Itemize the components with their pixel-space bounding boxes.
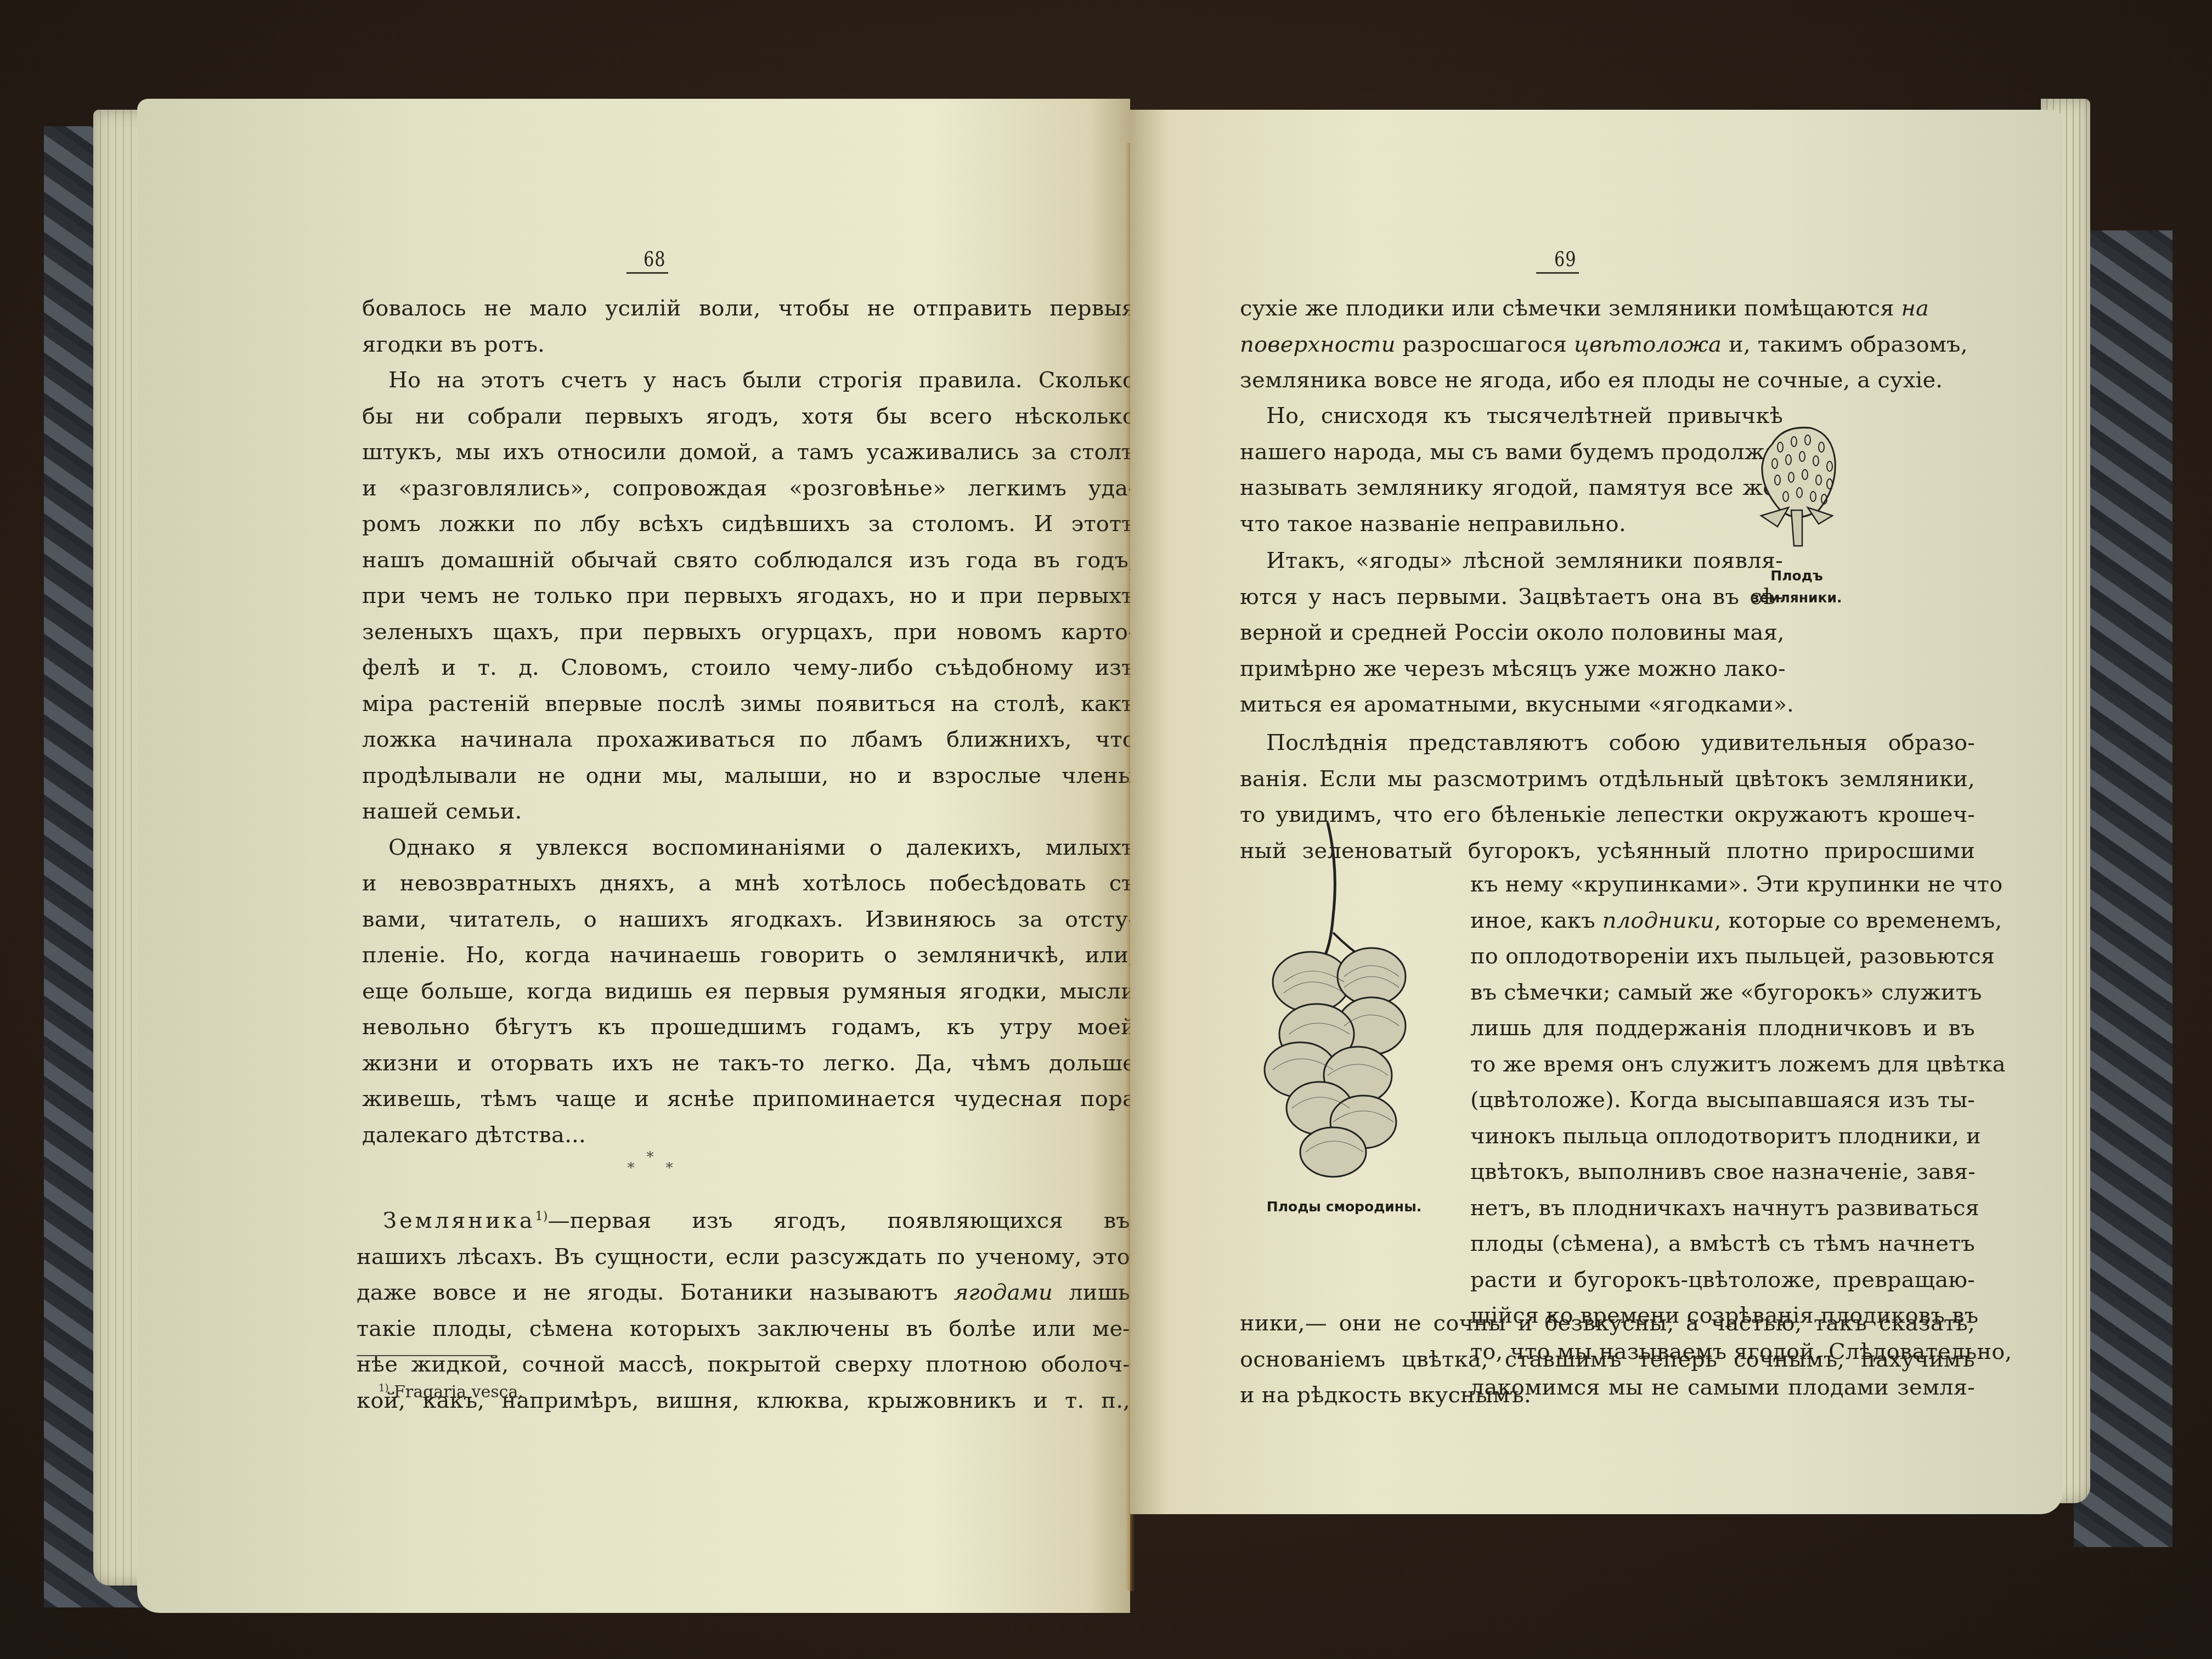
text-line: нашъ домашній обычай свято соблюдался из… [362,543,1136,579]
text-line: чинокъ пыльца оплодотворитъ плодники, и [1470,1119,1975,1155]
paragraph: бовалось не мало усилій воли, чтобы не о… [362,291,1136,363]
text-line: нашей семьи. [362,794,1136,830]
text-line: пленіе. Но, когда начинаешь говорить о з… [362,938,1136,974]
text-line: (цвѣтоложе). Когда высыпавшаяся изъ ты- [1470,1082,1975,1119]
text-line: Но на этотъ счетъ у насъ были строгія пр… [362,363,1136,399]
text-line: далекаго дѣтства... [362,1118,1136,1154]
text-line: бы ни собрали первыхъ ягодъ, хотя бы все… [362,399,1136,435]
paragraph-itak: Итакъ, «ягоды» лѣсной земляники появля-ю… [1240,543,1783,723]
section-heading-word: Земляника [383,1208,535,1233]
text-line: нашего народа, мы съ вами будемъ продолж… [1240,435,1783,471]
text-line: въ сѣмечки; самый же «бугорокъ» служитъ [1470,975,1975,1011]
paragraph: Однако я увлекся воспоминаніями о далеки… [362,830,1136,1154]
right-page: 69 сухіе же плодики или сѣмечки земляник… [1130,110,2063,1514]
text-run: въ сѣмечки; самый же «бугорокъ» служитъ [1470,980,1982,1005]
strawberry-illustration-icon [1756,422,1838,549]
text-run: къ нему «крупинками». Эти крупинки не чт… [1470,872,2003,897]
text-run: , которые со временемъ, [1714,908,2002,933]
text-line: называть землянику ягодой, памятуя все ж… [1240,470,1783,506]
footnote: 1) Fragaria vesca. [379,1383,523,1402]
text-run: расти и бугорокъ-цвѣтоложе, превращаю- [1470,1267,1975,1293]
text-line: живешь, тѣмъ чаще и яснѣе припоминается … [362,1081,1136,1118]
italic-term: плодники [1602,908,1714,933]
paragraph-end: ники,— они не сочны и безвкусны, а часть… [1240,1306,1975,1414]
text-line: такіе плоды, сѣмена которыхъ заключены в… [357,1311,1130,1347]
text-line: Однако я увлекся воспоминаніями о далеки… [362,830,1136,866]
text-line: и невозвратныхъ дняхъ, а мнѣ хотѣлось по… [362,866,1136,902]
text-line: Послѣднія представляютъ собою удивительн… [1240,725,1975,761]
text-run: и, такимъ образомъ, [1722,332,1968,357]
text-run: сухіе же плодики или сѣмечки земляники п… [1240,296,1901,321]
italic-term: ягодами [954,1280,1053,1305]
text-line: продѣлывали не одни мы, малыши, но и взр… [362,758,1136,794]
text-line: ромъ ложки по лбу всѣхъ сидѣвшихъ за сто… [362,506,1136,543]
paragraph: Но на этотъ счетъ у насъ были строгія пр… [362,363,1136,830]
text-line: и на рѣдкость вкуснымъ. [1240,1378,1975,1414]
text-line: ложка начинала прохаживаться по лбамъ бл… [362,722,1136,758]
text-line: плоды (сѣмена), а вмѣстѣ съ тѣмъ начнетъ [1470,1226,1975,1262]
text-line: вами, читатель, о нашихъ ягодкахъ. Извин… [362,902,1136,938]
page-number: 68 [644,247,665,271]
text-line: фелѣ и т. д. Словомъ, стоило чему-либо с… [362,650,1136,686]
text-line: нетъ, въ плодничкахъ начнутъ развиваться [1470,1190,1975,1227]
text-line: примѣрно же черезъ мѣсяцъ уже можно лако… [1240,651,1783,687]
text-run: —первая изъ ягодъ, появляющихся въ [548,1208,1130,1233]
text-line: Земляника1)—первая изъ ягодъ, появляющих… [357,1199,1130,1239]
italic-term: на [1901,296,1929,321]
text-line: ники,— они не сочны и безвкусны, а часть… [1240,1306,1975,1342]
footnote-text: Fragaria vesca. [394,1383,523,1402]
italic-term: цвѣтоложа [1574,332,1722,357]
text-line: лишь для поддержанія плодничковъ и въ [1470,1011,1975,1047]
text-line: штукъ, мы ихъ относили домой, а тамъ уса… [362,435,1136,471]
text-run: лишь для поддержанія плодничковъ и въ [1470,1015,1975,1041]
text-line: сухіе же плодики или сѣмечки земляники п… [1240,291,1810,327]
text-line: жизни и оторвать ихъ не такъ-то легко. Д… [362,1046,1136,1082]
footnote-marker: 1) [379,1383,388,1394]
left-body-text: бовалось не мало усилій воли, чтобы не о… [362,291,1136,1153]
text-line: по оплодотвореніи ихъ пыльцей, разовьютс… [1470,939,1975,975]
text-line: земляника вовсе не ягода, ибо ея плоды н… [1240,363,1810,399]
text-line: иное, какъ плодники, которые со временем… [1470,903,1975,939]
text-run: по оплодотвореніи ихъ пыльцей, разовьютс… [1470,944,1995,969]
text-line: нашихъ лѣсахъ. Въ сущности, если разсужд… [357,1239,1130,1276]
text-line: Но, снисходя къ тысячелѣтней привычкѣ [1240,398,1783,435]
text-line: міра растеній впервые послѣ зимы появить… [362,686,1136,723]
text-line: ванія. Если мы разсмотримъ отдѣльный цвѣ… [1240,761,1975,798]
text-line: миться ея ароматными, вкусными «ягодками… [1240,687,1783,723]
text-run: нетъ, въ плодничкахъ начнутъ развиваться [1470,1195,1979,1221]
text-line: Итакъ, «ягоды» лѣсной земляники появля- [1240,543,1783,579]
asterism-right: * [658,1160,680,1177]
asterism-left: * [620,1160,642,1177]
page-number: 69 [1554,247,1576,271]
text-run: цвѣтокъ, выполнивъ свое назначеніе, завя… [1470,1159,1976,1184]
paragraph-habit: Но, снисходя къ тысячелѣтней привычкѣнаш… [1240,398,1783,542]
text-line: что такое названіе неправильно. [1240,506,1783,543]
text-line: бовалось не мало усилій воли, чтобы не о… [362,291,1136,327]
text-run: даже вовсе и не ягоды. Ботаники называют… [357,1280,954,1305]
text-line: верной и средней Россіи около половины м… [1240,615,1783,651]
text-line: поверхности разросшагося цвѣтоложа и, та… [1240,327,1810,363]
text-line: основаніемъ цвѣтка, ставшимъ теперь сочн… [1240,1342,1975,1378]
text-line: еще больше, когда видишь ея первыя румян… [362,974,1136,1010]
currant-illustration-icon [1262,823,1410,1180]
text-run: (цвѣтоложе). Когда высыпавшаяся изъ ты- [1470,1087,1975,1113]
text-line: къ нему «крупинками». Эти крупинки не чт… [1470,867,1975,903]
text-line: ются у насъ первыми. Зацвѣтаетъ она въ с… [1240,579,1783,616]
text-run: земляника вовсе не ягода, ибо ея плоды н… [1240,368,1943,393]
text-run: разросшагося [1396,332,1574,357]
text-line: невольно бѣгутъ къ прошедшимъ годамъ, къ… [362,1009,1136,1046]
text-line: зеленыхъ щахъ, при первыхъ огурцахъ, при… [362,614,1136,651]
text-line: при чемъ не только при первыхъ ягодахъ, … [362,578,1136,614]
page-number-rule [1536,272,1579,274]
text-run: лишь [1053,1280,1130,1305]
text-line: цвѣтокъ, выполнивъ свое назначеніе, завя… [1470,1154,1975,1190]
text-run: чинокъ пыльца оплодотворитъ плодники, и [1470,1124,1981,1149]
page-number-rule [627,272,668,274]
footnote-marker: 1) [535,1210,548,1223]
left-page: 68 бовалось не мало усилій воли, чтобы н… [137,99,1130,1613]
text-line: ягодки въ ротъ. [362,327,1136,363]
text-run: то же время онъ служитъ ложемъ для цвѣтк… [1470,1052,2006,1077]
text-line: расти и бугорокъ-цвѣтоложе, превращаю- [1470,1262,1975,1299]
text-line: нѣе жидкой, сочной массѣ, покрытой сверх… [357,1347,1130,1383]
italic-term: поверхности [1240,332,1396,357]
text-line: и «разговлялись», сопровождая «розговѣнь… [362,471,1136,507]
currant-caption: Плоды смородины. [1262,1196,1426,1218]
text-run: иное, какъ [1470,908,1602,933]
text-line: то же время онъ служитъ ложемъ для цвѣтк… [1470,1047,1975,1083]
footnote-rule [357,1355,496,1356]
text-run: плоды (сѣмена), а вмѣстѣ съ тѣмъ начнетъ [1470,1231,1975,1256]
right-top-text: сухіе же плодики или сѣмечки земляники п… [1240,291,1810,399]
text-line: даже вовсе и не ягоды. Ботаники называют… [357,1275,1130,1311]
